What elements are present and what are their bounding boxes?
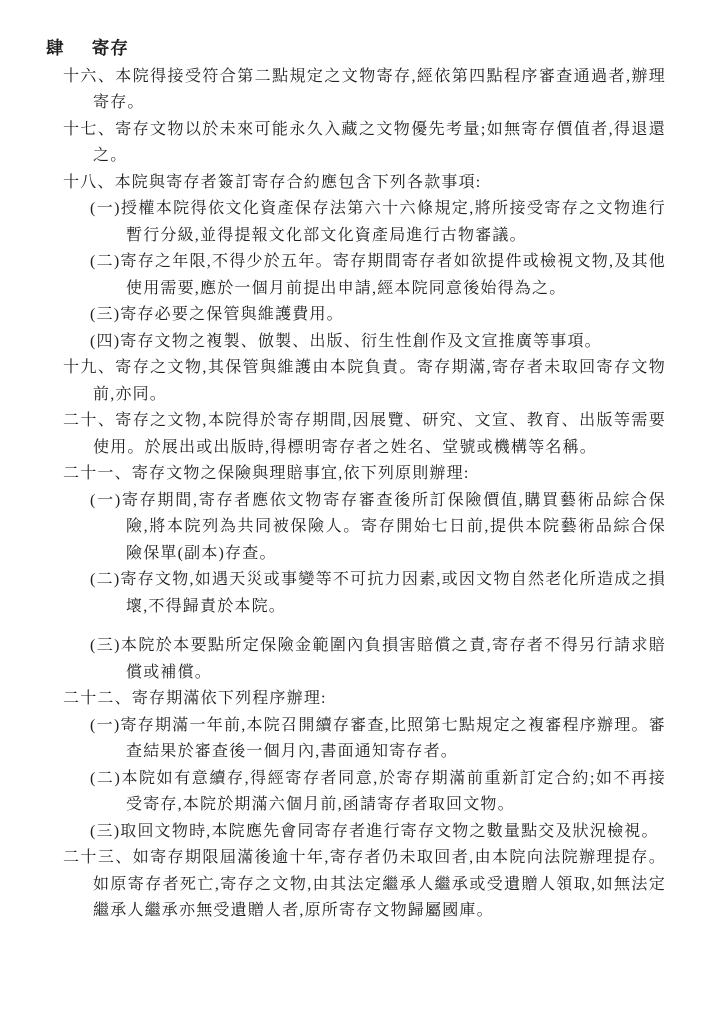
clause-18-sub-1-number: (一) (90, 200, 121, 217)
clause-23: 二十三、如寄存期限屆滿後逾十年,寄存者仍未取回者,由本院向法院辦理提存。如原寄存… (46, 845, 666, 925)
clause-17-text: 寄存文物以於未來可能永久入藏之文物優先考量;如無寄存價值者,得退還之。 (93, 121, 666, 165)
clause-18-sub-2-text: 寄存之年限,不得少於五年。寄存期間寄存者如欲提件或檢視文物,及其他使用需要,應於… (120, 253, 666, 297)
clause-21-sub-3-number: (三) (90, 637, 121, 654)
clause-22-sub-3: (三)取回文物時,本院應先會同寄存者進行寄存文物之數量點交及狀況檢視。 (46, 819, 666, 846)
document-page: 肆寄存 十六、本院得接受符合第二點規定之文物寄存,經依第四點程序審查通過者,辦理… (0, 0, 728, 1024)
clause-21-sub-3: (三)本院於本要點所定保險金範圍內負損害賠償之責,寄存者不得另行請求賠償或補償。 (46, 633, 666, 686)
clause-21-sub-2-text: 寄存文物,如遇天災或事變等不可抗力因素,或因文物自然老化所造成之損壞,不得歸責於… (120, 571, 666, 615)
section-heading: 肆寄存 (46, 35, 666, 62)
clause-22-sub-1-text: 寄存期滿一年前,本院召開續存審查,比照第七點規定之複審程序辦理。審查結果於審查後… (120, 717, 666, 761)
clause-18-sub-4: (四)寄存文物之複製、倣製、出版、衍生性創作及文宣推廣等事項。 (46, 329, 666, 356)
clause-22-sub-2: (二)本院如有意續存,得經寄存者同意,於寄存期滿前重新訂定合約;如不再接受寄存,… (46, 766, 666, 819)
clause-23-text: 如寄存期限屆滿後逾十年,寄存者仍未取回者,由本院向法院辦理提存。如原寄存者死亡,… (93, 849, 666, 919)
clause-16-text: 本院得接受符合第二點規定之文物寄存,經依第四點程序審查通過者,辦理寄存。 (93, 68, 666, 112)
clause-22-sub-1: (一)寄存期滿一年前,本院召開續存審查,比照第七點規定之複審程序辦理。審查結果於… (46, 713, 666, 766)
section-number: 肆 (46, 38, 65, 58)
clause-23-number: 二十三、 (63, 849, 133, 866)
clause-17: 十七、寄存文物以於未來可能永久入藏之文物優先考量;如無寄存價值者,得退還之。 (46, 117, 666, 170)
clause-19-text: 寄存之文物,其保管與維護由本院負責。寄存期滿,寄存者未取回寄存文物前,亦同。 (93, 359, 666, 403)
clause-18-sub-3-number: (三) (90, 306, 120, 323)
clause-16-number: 十六、 (63, 68, 115, 85)
clause-20: 二十、寄存之文物,本院得於寄存期間,因展覽、研究、文宣、教育、出版等需要使用。於… (46, 408, 666, 461)
clause-18-sub-1: (一)授權本院得依文化資產保存法第六十六條規定,將所接受寄存之文物進行暫行分級,… (46, 196, 666, 249)
clause-18-text: 本院與寄存者簽訂寄存合約應包含下列各款事項: (115, 174, 482, 191)
clause-20-text: 寄存之文物,本院得於寄存期間,因展覽、研究、文宣、教育、出版等需要使用。於展出或… (93, 412, 666, 456)
clause-21-sub-1: (一)寄存期間,寄存者應依文物寄存審查後所訂保險價值,購買藝術品綜合保險,將本院… (46, 488, 666, 568)
clause-19: 十九、寄存之文物,其保管與維護由本院負責。寄存期滿,寄存者未取回寄存文物前,亦同… (46, 355, 666, 408)
clause-22: 二十二、寄存期滿依下列程序辦理: (46, 686, 666, 713)
clause-21: 二十一、寄存文物之保險與理賠事宜,依下列原則辦理: (46, 461, 666, 488)
clause-18: 十八、本院與寄存者簽訂寄存合約應包含下列各款事項: (46, 170, 666, 197)
clause-18-sub-3: (三)寄存必要之保管與維護費用。 (46, 302, 666, 329)
clause-22-number: 二十二、 (63, 690, 132, 707)
clause-18-sub-4-text: 寄存文物之複製、倣製、出版、衍生性創作及文宣推廣等事項。 (120, 333, 602, 350)
clause-22-sub-3-number: (三) (90, 823, 120, 840)
clause-21-number: 二十一、 (63, 465, 132, 482)
clause-21-sub-1-number: (一) (90, 492, 121, 509)
clause-21-text: 寄存文物之保險與理賠事宜,依下列原則辦理: (132, 465, 470, 482)
clause-21-sub-2: (二)寄存文物,如遇天災或事變等不可抗力因素,或因文物自然老化所造成之損壞,不得… (46, 567, 666, 620)
clause-21-sub-2-number: (二) (90, 571, 120, 588)
clause-18-sub-1-text: 授權本院得依文化資產保存法第六十六條規定,將所接受寄存之文物進行暫行分級,並得提… (121, 200, 666, 244)
clause-22-sub-3-text: 取回文物時,本院應先會同寄存者進行寄存文物之數量點交及狀況檢視。 (120, 823, 658, 840)
clause-18-sub-3-text: 寄存必要之保管與維護費用。 (120, 306, 344, 323)
clause-22-sub-2-text: 本院如有意續存,得經寄存者同意,於寄存期滿前重新訂定合約;如不再接受寄存,本院於… (121, 770, 666, 814)
clause-21-sub-1-text: 寄存期間,寄存者應依文物寄存審查後所訂保險價值,購買藝術品綜合保險,將本院列為共… (121, 492, 666, 562)
clause-17-number: 十七、 (63, 121, 115, 138)
clause-22-sub-1-number: (一) (90, 717, 120, 734)
clause-20-number: 二十、 (63, 412, 115, 429)
clause-18-sub-2-number: (二) (90, 253, 120, 270)
clause-19-number: 十九、 (63, 359, 115, 376)
clause-16: 十六、本院得接受符合第二點規定之文物寄存,經依第四點程序審查通過者,辦理寄存。 (46, 64, 666, 117)
clause-18-number: 十八、 (63, 174, 115, 191)
section-title: 寄存 (92, 38, 129, 58)
clause-21-sub-3-text: 本院於本要點所定保險金範圍內負損害賠償之責,寄存者不得另行請求賠償或補償。 (121, 637, 666, 681)
clause-18-sub-2: (二)寄存之年限,不得少於五年。寄存期間寄存者如欲提件或檢視文物,及其他使用需要… (46, 249, 666, 302)
clause-18-sub-4-number: (四) (90, 333, 120, 350)
clause-22-text: 寄存期滿依下列程序辦理: (132, 690, 327, 707)
clause-22-sub-2-number: (二) (90, 770, 121, 787)
